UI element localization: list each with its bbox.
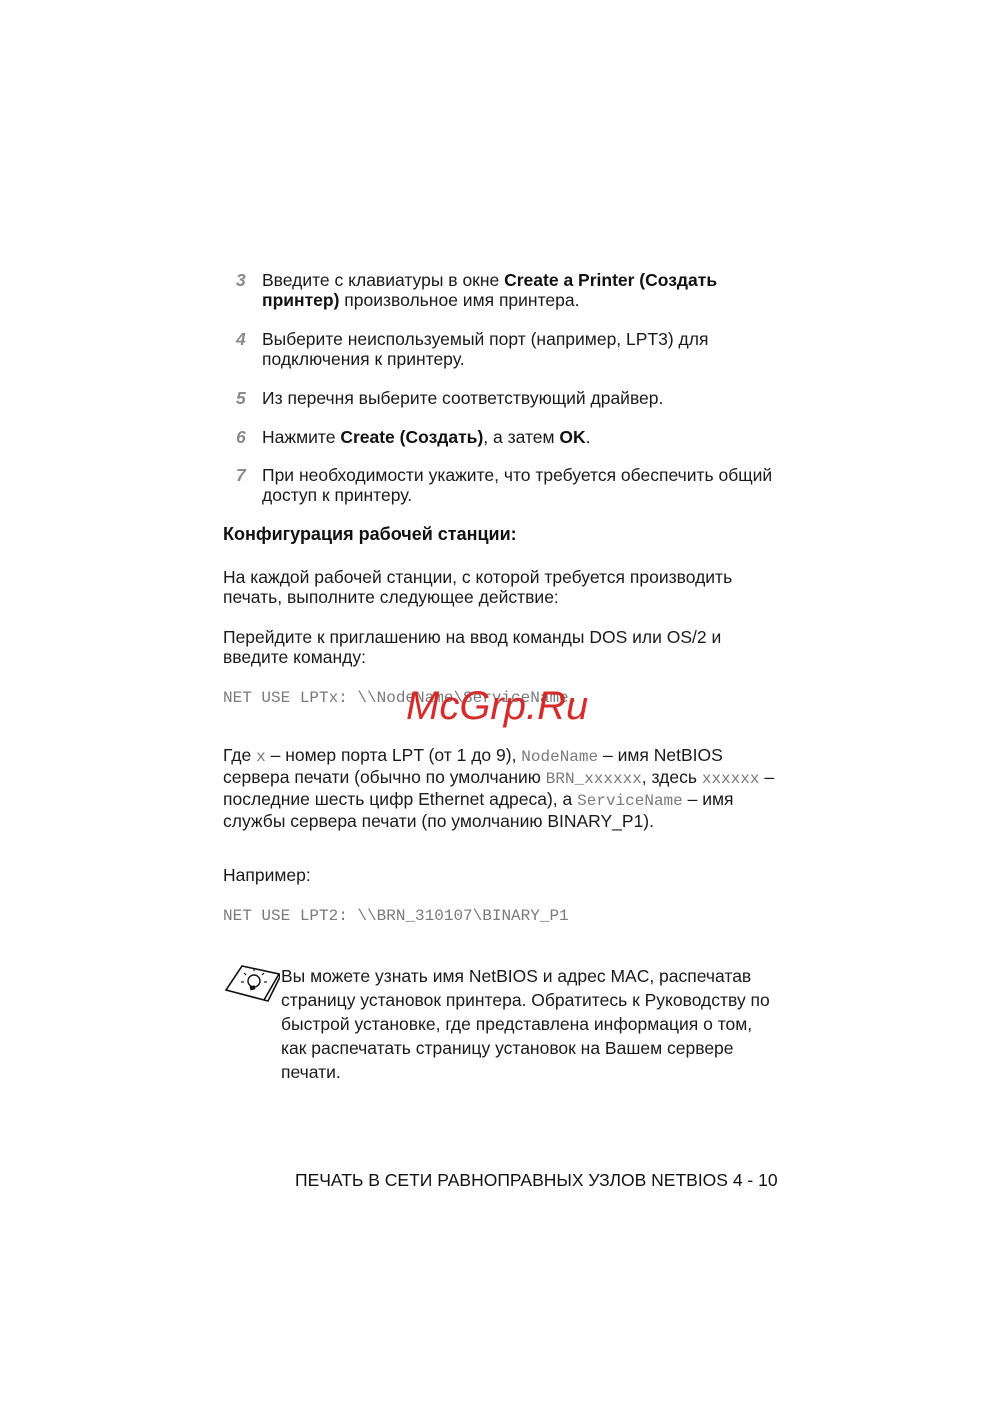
- step-number: 3: [236, 270, 256, 290]
- watermark: McGrp.Ru: [406, 684, 588, 729]
- intro-paragraph: На каждой рабочей станции, с которой тре…: [223, 567, 783, 607]
- code-term: BRN_xxxxxx: [546, 770, 642, 788]
- note-text: Вы можете узнать имя NetBIOS и адрес MAC…: [281, 964, 781, 1084]
- ui-term: Create (Создать): [340, 427, 483, 447]
- code-term: NodeName: [521, 748, 598, 766]
- step-number: 7: [236, 465, 256, 485]
- step-text: При необходимости укажите, что требуется…: [262, 465, 782, 505]
- step-text: Введите с клавиатуры в окне Create a Pri…: [262, 270, 782, 310]
- step-number: 5: [236, 388, 256, 408]
- document-page: 3 Введите с клавиатуры в окне Create a P…: [0, 0, 1000, 1415]
- example-label: Например:: [223, 865, 783, 885]
- page-footer: ПЕЧАТЬ В СЕТИ РАВНОПРАВНЫХ УЗЛОВ NETBIOS…: [295, 1170, 778, 1191]
- ui-term: OK: [559, 427, 585, 447]
- step-number: 6: [236, 427, 256, 447]
- instruction-paragraph: Перейдите к приглашению на ввод команды …: [223, 627, 783, 667]
- section-heading: Конфигурация рабочей станции:: [223, 524, 517, 545]
- step-text: Нажмите Create (Создать), а затем OK.: [262, 427, 782, 447]
- explanation-paragraph: Где x – номер порта LPT (от 1 до 9), Nod…: [223, 745, 783, 831]
- step-text: Выберите неиспользуемый порт (например, …: [262, 329, 782, 369]
- example-command: NET USE LPT2: \\BRN_310107\BINARY_P1: [223, 907, 569, 925]
- step-text: Из перечня выберите соответствующий драй…: [262, 388, 782, 408]
- code-term: x: [256, 748, 266, 766]
- code-term: xxxxxx: [702, 770, 760, 788]
- code-term: ServiceName: [577, 792, 683, 810]
- step-number: 4: [236, 329, 256, 349]
- lightbulb-note-icon: [224, 964, 280, 1004]
